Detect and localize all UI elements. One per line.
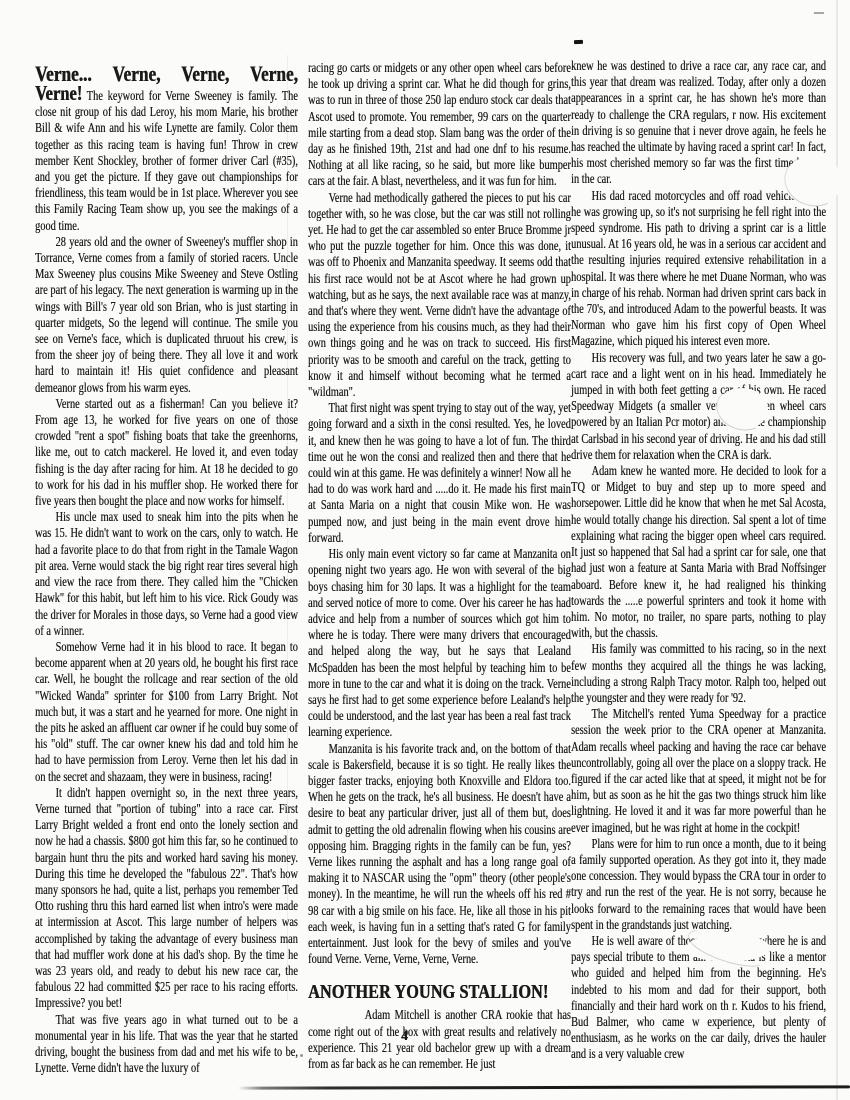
scan-dash-mark xyxy=(574,40,583,44)
scan-bottom-line xyxy=(238,1085,850,1089)
paragraph: Plans were for him to run once a month, … xyxy=(571,836,826,933)
column-3: knew he was destined to drive a race car… xyxy=(571,58,850,1063)
scan-edge-line xyxy=(836,0,838,1100)
paragraph: His family was committed to his racing, … xyxy=(571,641,826,706)
scan-smudge xyxy=(686,934,770,962)
section-heading: ANOTHER YOUNG STALLION! xyxy=(308,981,571,1004)
lead-text: The keyword for Verne Sweeney is family.… xyxy=(35,88,298,233)
paragraph: Manzanita is his favorite track and, on … xyxy=(308,741,571,968)
scan-smudge xyxy=(716,388,768,430)
paragraph: That first night was spent trying to sta… xyxy=(308,400,571,546)
paragraph: The Mitchell's rented Yuma Speedway for … xyxy=(571,706,826,836)
paragraph: Verne had methodically gathered the piec… xyxy=(308,190,571,401)
paragraph: racing go carts or midgets or any other … xyxy=(308,60,571,190)
scan-speck xyxy=(300,1054,303,1057)
paragraph: Adam Mitchell is another CRA rookie that… xyxy=(308,1007,571,1072)
paragraph: His uncle max used to sneak him into the… xyxy=(35,509,298,639)
paragraph: 28 years old and the owner of Sweeney's … xyxy=(35,234,298,396)
article-title-word: Verne! xyxy=(35,81,82,105)
paragraph: Adam knew he wanted more. He decided to … xyxy=(571,463,826,641)
paragraph: His only main event victory so far came … xyxy=(308,546,571,740)
lead-paragraph: Verne! The keyword for Verne Sweeney is … xyxy=(35,85,298,234)
page-number: 4 xyxy=(401,1028,408,1044)
scan-tick-mark xyxy=(814,12,824,14)
paragraph: His dad raced motorcycles and off road v… xyxy=(571,188,826,350)
scan-fold-line xyxy=(287,55,288,1000)
scanned-newsletter-page: Verne... Verne, Verne, Verne, Verne! The… xyxy=(0,0,850,1100)
paragraph: Somehow Verne had it in his blood to rac… xyxy=(35,639,298,785)
scan-smudge xyxy=(784,156,842,206)
paragraph: That was five years ago in what turned o… xyxy=(35,1012,298,1077)
paragraph: Verne started out as a fisherman! Can yo… xyxy=(35,396,298,509)
paragraph: It didn't happen overnight so, in the ne… xyxy=(35,785,298,1012)
paragraph: His recovery was full, and two years lat… xyxy=(571,350,826,463)
